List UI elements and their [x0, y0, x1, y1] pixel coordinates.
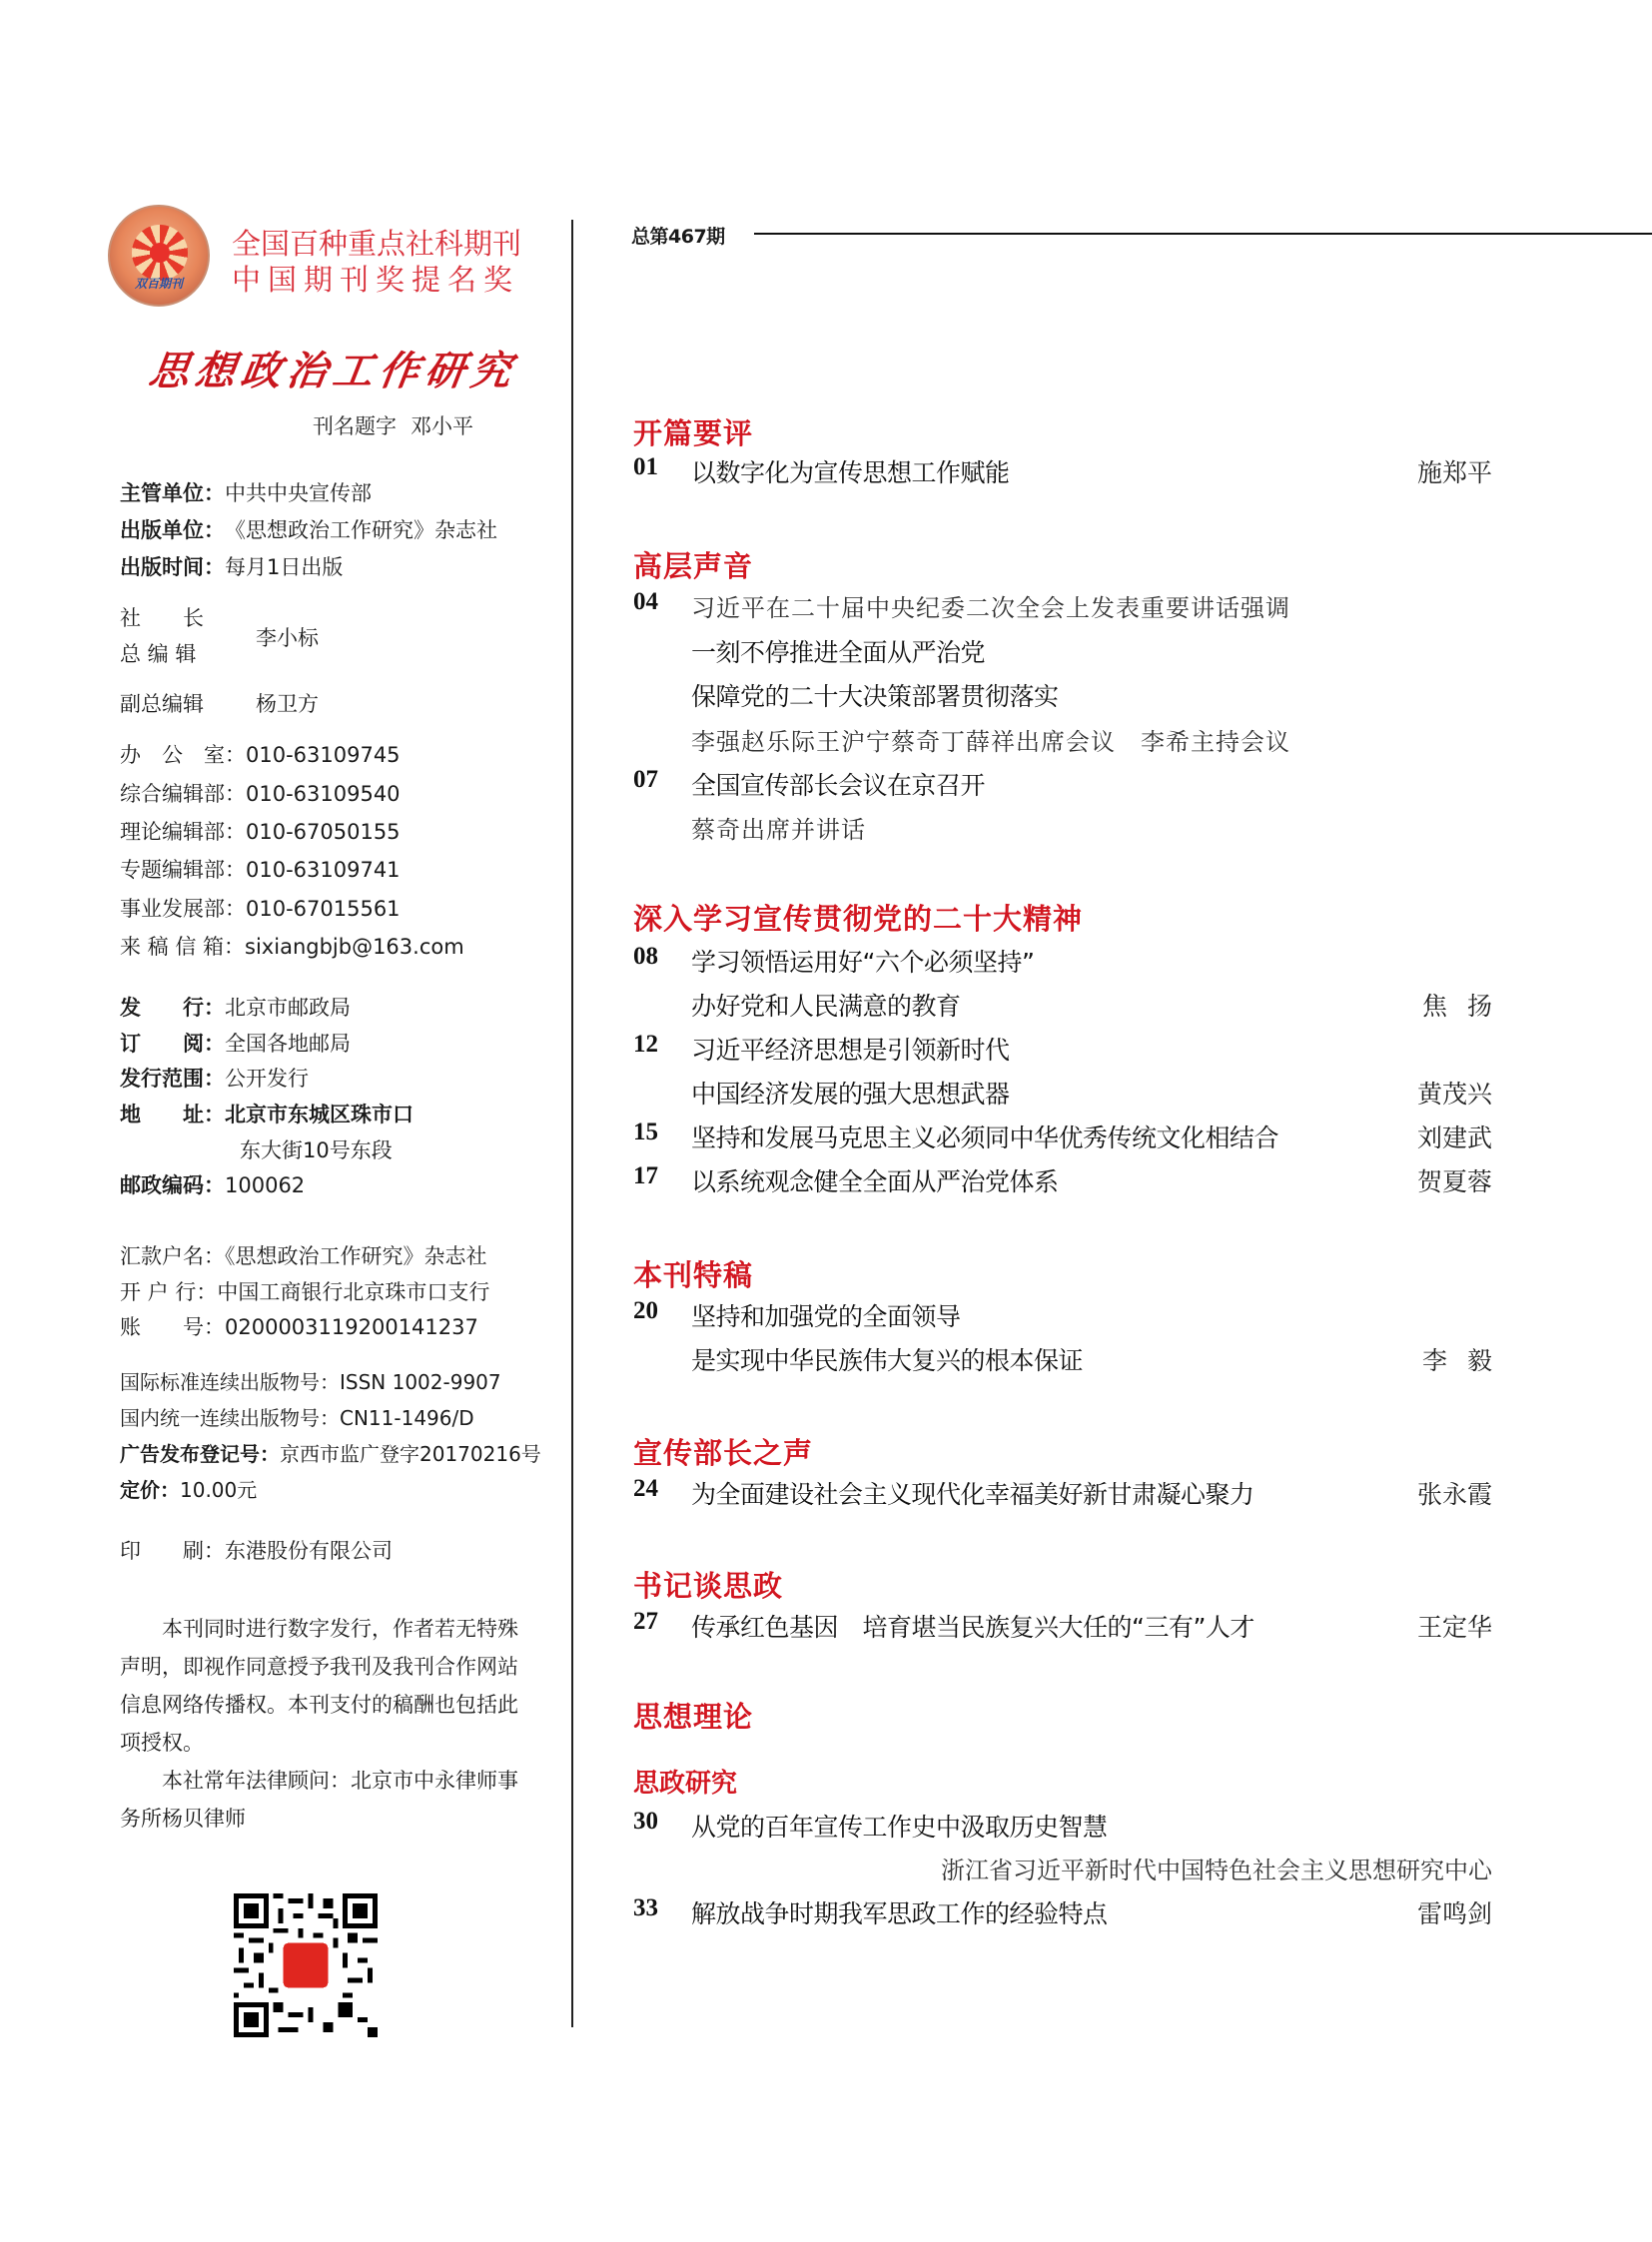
toc-entry-author: 黄茂兴	[1417, 1075, 1492, 1111]
info-key: 来 稿 信 箱：	[120, 935, 245, 959]
toc-entry-author: 施郑平	[1417, 453, 1492, 489]
info-value: 全国各地邮局	[225, 1032, 351, 1056]
info-key: 主管单位：	[120, 480, 225, 506]
deputy-editor-label: 副总编辑	[120, 691, 204, 717]
section-special-feature: 本刊特稿	[633, 1253, 753, 1294]
contact-office: 办 公 室：010-63109745	[120, 742, 401, 768]
info-key: 发行范围：	[120, 1067, 225, 1091]
toc-page-number: 12	[633, 1031, 658, 1059]
issue-number: 总第467期	[631, 222, 725, 249]
award-line-1: 全国百种重点社科期刊	[232, 222, 521, 263]
info-value: 0200003119200141237	[225, 1315, 478, 1339]
info-value: 100062	[225, 1173, 305, 1197]
section-propaganda-ministers-voice: 宣传部长之声	[633, 1431, 813, 1472]
award-line-2: 中国期刊奖提名奖	[232, 258, 519, 299]
info-value: 010-67050155	[246, 820, 401, 844]
toc-entry-title[interactable]: 传承红色基因 培育堪当民族复兴大任的“三有”人才	[691, 1608, 1254, 1644]
toc-page-number: 04	[633, 588, 658, 616]
toc-entry-title[interactable]: 坚持和发展马克思主义必须同中华优秀传统文化相结合	[691, 1119, 1278, 1154]
section-twentieth-congress-spirit: 深入学习宣传贯彻党的二十大精神	[633, 897, 1083, 938]
info-value: 010-63109741	[246, 858, 401, 882]
president-chief-editor-name: 李小标	[256, 625, 319, 651]
dist-address: 地 址：北京市东城区珠市口	[120, 1102, 413, 1127]
dist-issuer: 发 行：北京市邮政局	[120, 995, 351, 1021]
author-name: 焦扬	[1422, 992, 1512, 1021]
toc-page-number: 01	[633, 453, 658, 481]
toc-entry-author: 贺夏蓉	[1417, 1162, 1492, 1198]
contact-general-editorial: 综合编辑部：010-63109540	[120, 781, 401, 807]
credit-label: 刊名题字	[313, 414, 397, 438]
copyright-notice: 本刊同时进行数字发行，作者若无特殊声明，即视作同意授予我刊及我刊合作网站信息网络…	[120, 1610, 519, 1838]
info-value: 京西市监广登字20170216号	[280, 1442, 541, 1466]
toc-page-number: 17	[633, 1162, 658, 1190]
notice-paragraph-2: 本社常年法律顾问：北京市中永律师事务所杨贝律师	[120, 1762, 519, 1838]
toc-page-number: 27	[633, 1608, 658, 1636]
toc-entry-author: 刘建武	[1417, 1119, 1492, 1154]
toc-entry-title[interactable]: 习近平经济思想是引领新时代	[691, 1031, 1010, 1067]
info-value: 《思想政治工作研究》杂志社	[225, 518, 497, 542]
toc-page-number: 07	[633, 766, 658, 794]
dist-scope: 发行范围：公开发行	[120, 1066, 309, 1092]
contact-business-dev: 事业发展部：010-67015561	[120, 896, 401, 922]
emblem-core-icon	[150, 243, 170, 263]
toc-entry-title[interactable]: 以系统观念健全全面从严治党体系	[691, 1162, 1059, 1198]
info-publish-time: 出版时间：每月1日出版	[120, 554, 343, 580]
info-value: CN11-1496/D	[340, 1406, 474, 1430]
contact-theory-editorial: 理论编辑部：010-67050155	[120, 819, 401, 845]
issn: 国际标准连续出版物号：ISSN 1002-9907	[120, 1369, 501, 1395]
info-value: 010-67015561	[246, 897, 401, 921]
info-key: 办 公 室：	[120, 743, 246, 767]
chief-editor-label: 总 编 辑	[120, 641, 196, 667]
info-key: 开 户 行：	[120, 1280, 217, 1304]
toc-entry-title[interactable]: 为全面建设社会主义现代化幸福美好新甘肃凝心聚力	[691, 1475, 1254, 1511]
toc-entry-author: 张永霞	[1417, 1475, 1492, 1511]
badge-center-label: 双百期刊	[110, 275, 208, 292]
toc-entry-title[interactable]: 解放战争时期我军思政工作的经验特点	[691, 1894, 1108, 1930]
info-value: 东港股份有限公司	[225, 1539, 393, 1563]
bank-branch: 开 户 行：中国工商银行北京珠市口支行	[120, 1279, 489, 1305]
info-value: 010-63109745	[246, 743, 401, 767]
toc-entry-title-line2[interactable]: 中国经济发展的强大思想武器	[691, 1075, 1010, 1111]
info-supervisor: 主管单位：中共中央宣传部	[120, 480, 372, 506]
author-name: 李毅	[1422, 1346, 1512, 1375]
info-key: 出版时间：	[120, 554, 225, 580]
qr-code[interactable]	[234, 1893, 378, 2037]
info-publisher: 出版单位：《思想政治工作研究》杂志社	[120, 517, 497, 543]
section-high-level-voices: 高层声音	[633, 544, 753, 585]
info-value: 公开发行	[225, 1067, 309, 1091]
info-key: 印 刷：	[120, 1539, 225, 1563]
toc-entry-author-institution: 浙江省习近平新时代中国特色社会主义思想研究中心	[941, 1851, 1492, 1885]
toc-entry-subtitle: 蔡奇出席并讲话	[691, 810, 866, 845]
toc-entry-title[interactable]: 以数字化为宣传思想工作赋能	[691, 453, 1010, 489]
info-key: 地 址：	[120, 1103, 225, 1126]
toc-page-number: 08	[633, 943, 658, 971]
info-value: 北京市东城区珠市口	[225, 1103, 413, 1126]
info-value: 北京市邮政局	[225, 996, 351, 1020]
toc-entry-author: 王定华	[1417, 1608, 1492, 1644]
award-badge-logo: 双百期刊	[108, 205, 210, 307]
info-key: 综合编辑部：	[120, 782, 246, 806]
dist-address-line2: 东大街10号东段	[240, 1137, 393, 1163]
cn-number: 国内统一连续出版物号：CN11-1496/D	[120, 1405, 474, 1431]
ad-registration: 广告发布登记号：京西市监广登字20170216号	[120, 1441, 541, 1467]
info-value: ISSN 1002-9907	[340, 1370, 501, 1394]
info-key: 国内统一连续出版物号：	[120, 1406, 340, 1430]
contact-submission-email: 来 稿 信 箱：sixiangbjb@163.com	[120, 934, 464, 960]
toc-page-number: 30	[633, 1808, 658, 1836]
info-value: 中共中央宣传部	[225, 481, 372, 505]
column-divider	[571, 220, 573, 2027]
email-link[interactable]: sixiangbjb@163.com	[245, 935, 464, 959]
notice-paragraph-1: 本刊同时进行数字发行，作者若无特殊声明，即视作同意授予我刊及我刊合作网站信息网络…	[120, 1610, 519, 1762]
magazine-masthead: 思想政治工作研究	[146, 340, 521, 396]
toc-page-number: 33	[633, 1894, 658, 1922]
info-key: 账 号：	[120, 1315, 225, 1339]
printer: 印 刷：东港股份有限公司	[120, 1538, 393, 1564]
info-key: 汇款户名：	[120, 1244, 225, 1268]
bank-account-number: 账 号：0200003119200141237	[120, 1314, 478, 1340]
toc-page-number: 24	[633, 1475, 658, 1503]
info-key: 订 阅：	[120, 1032, 225, 1056]
price: 定价：10.00元	[120, 1477, 257, 1503]
toc-entry-author: 李毅	[1422, 1341, 1492, 1377]
info-value: 《思想政治工作研究》杂志社	[225, 1244, 487, 1268]
subsection-ideology-research: 思政研究	[633, 1763, 737, 1800]
toc-entry-title-line2[interactable]: 办好党和人民满意的教育	[691, 987, 961, 1023]
qr-code-icon	[234, 1893, 378, 2037]
section-opening-commentary: 开篇要评	[633, 411, 753, 452]
toc-entry-title[interactable]: 全国宣传部长会议在京召开	[691, 766, 985, 802]
info-key: 理论编辑部：	[120, 820, 246, 844]
calligraphy-credit: 刊名题字邓小平	[313, 410, 473, 440]
header-rule	[754, 233, 1652, 235]
info-value: 010-63109540	[246, 782, 401, 806]
credit-name: 邓小平	[411, 414, 473, 438]
info-key: 专题编辑部：	[120, 858, 246, 882]
contact-special-editorial: 专题编辑部：010-63109741	[120, 857, 401, 883]
toc-entry-title[interactable]: 学习领悟运用好“六个必须坚持”	[691, 943, 1034, 979]
toc-entry-title[interactable]: 从党的百年宣传工作史中汲取历史智慧	[691, 1808, 1108, 1844]
info-key: 邮政编码：	[120, 1173, 225, 1197]
section-ideological-theory: 思想理论	[633, 1695, 753, 1736]
info-key: 国际标准连续出版物号：	[120, 1370, 340, 1394]
toc-entry-title-line2[interactable]: 是实现中华民族伟大复兴的根本保证	[691, 1341, 1083, 1377]
info-key: 出版单位：	[120, 517, 225, 543]
bank-account-name: 汇款户名：《思想政治工作研究》杂志社	[120, 1243, 487, 1269]
toc-page-number: 20	[633, 1297, 658, 1325]
info-key: 定价：	[120, 1478, 180, 1502]
dist-postcode: 邮政编码：100062	[120, 1172, 305, 1198]
dist-subscription: 订 阅：全国各地邮局	[120, 1031, 351, 1057]
deputy-editor-name: 杨卫方	[256, 691, 319, 717]
president-label: 社 长	[120, 605, 204, 631]
toc-entry-author: 焦扬	[1422, 987, 1492, 1023]
info-value: 10.00元	[180, 1478, 257, 1502]
toc-entry-title[interactable]: 一刻不停推进全面从严治党	[691, 633, 985, 669]
info-key: 广告发布登记号：	[120, 1442, 280, 1466]
toc-page-number: 15	[633, 1119, 658, 1146]
toc-entry-pretitle: 习近平在二十届中央纪委二次全会上发表重要讲话强调	[691, 588, 1290, 623]
info-key: 发 行：	[120, 996, 225, 1020]
toc-entry-title-line2[interactable]: 保障党的二十大决策部署贯彻落实	[691, 677, 1059, 713]
toc-entry-title[interactable]: 坚持和加强党的全面领导	[691, 1297, 961, 1333]
toc-entry-subtitle: 李强赵乐际王沪宁蔡奇丁薛祥出席会议 李希主持会议	[691, 722, 1290, 757]
info-key: 事业发展部：	[120, 897, 246, 921]
info-value: 每月1日出版	[225, 555, 343, 579]
toc-entry-author: 雷鸣剑	[1417, 1894, 1492, 1930]
info-value: 中国工商银行北京珠市口支行	[217, 1280, 489, 1304]
section-secretaries-on-ideology: 书记谈思政	[633, 1564, 783, 1605]
